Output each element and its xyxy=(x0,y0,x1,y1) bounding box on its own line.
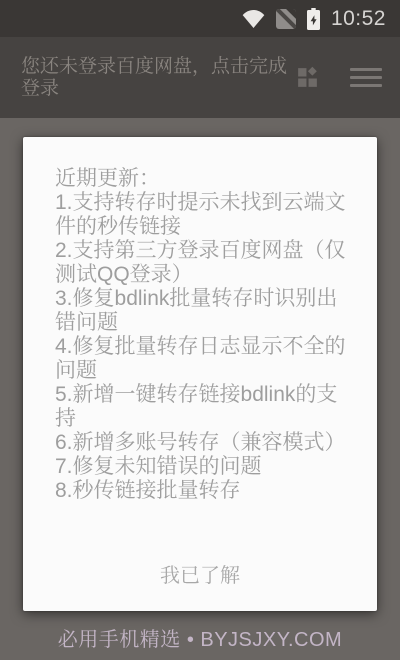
update-item: 8.秒传链接批量转存 xyxy=(55,479,358,503)
footer-text: 必用手机精选 • BYJSJXY.COM xyxy=(58,623,342,652)
login-prompt[interactable]: 您还未登录百度网盘，点击完成登录 xyxy=(21,56,293,100)
update-item: 5.新增一键转存链接bdlink的支持 xyxy=(55,383,358,431)
dialog-title: 近期更新： xyxy=(55,167,358,191)
update-item: 1.支持转存时提示未找到云端文件的秒传链接 xyxy=(55,191,358,239)
status-time: 10:52 xyxy=(331,0,386,37)
update-item: 3.修复bdlink批量转存时识别出错问题 xyxy=(55,287,358,335)
update-item: 7.修复未知错误的问题 xyxy=(55,455,358,479)
battery-charging-icon xyxy=(307,8,320,30)
status-bar: 10:52 xyxy=(0,0,400,37)
wifi-icon xyxy=(242,10,265,28)
app-screen: 10:52 您还未登录百度网盘，点击完成登录 近期更新： 1.支持转存时提示未找… xyxy=(0,0,400,660)
footer-banner[interactable]: 必用手机精选 • BYJSJXY.COM xyxy=(0,614,400,660)
menu-icon[interactable] xyxy=(350,68,382,87)
confirm-button[interactable]: 我已了解 xyxy=(23,547,377,599)
dialog-body: 近期更新： 1.支持转存时提示未找到云端文件的秒传链接 2.支持第三方登录百度网… xyxy=(23,137,377,503)
no-sim-icon xyxy=(276,9,296,29)
update-item: 4.修复批量转存日志显示不全的问题 xyxy=(55,335,358,383)
update-item: 6.新增多账号转存（兼容模式） xyxy=(55,431,358,455)
widgets-icon[interactable] xyxy=(295,65,320,90)
app-header: 您还未登录百度网盘，点击完成登录 xyxy=(0,37,400,118)
update-dialog: 近期更新： 1.支持转存时提示未找到云端文件的秒传链接 2.支持第三方登录百度网… xyxy=(23,137,377,611)
update-item: 2.支持第三方登录百度网盘（仅测试QQ登录） xyxy=(55,239,358,287)
